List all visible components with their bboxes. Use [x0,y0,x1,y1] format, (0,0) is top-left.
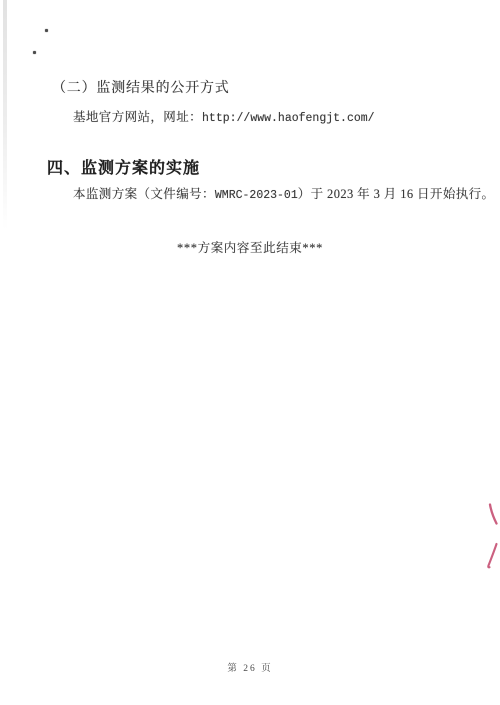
section-heading-implementation: 四、监测方案的实施 [47,155,200,178]
paragraph-implementation: 本监测方案（文件编号：WMRC-2023-01）于 2023 年 3 月 16 … [73,184,494,202]
implementation-file-code: WMRC-2023-01 [215,189,298,202]
document-page: （二）监测结果的公开方式 基地官方网站，网址：http://www.haofen… [0,0,500,705]
paragraph-website: 基地官方网站，网址：http://www.haofengjt.com/ [73,107,375,125]
red-pen-stroke-top-icon [490,505,497,524]
implementation-text-suffix: ）于 2023 年 3 月 16 日开始执行。 [298,187,495,201]
page-number: 第 26 页 [0,660,500,674]
red-pen-stroke-bottom-icon [488,544,496,567]
section-heading-public-method: （二）监测结果的公开方式 [52,77,230,97]
scan-edge-shadow [3,0,7,230]
scan-speck [45,29,48,32]
red-pen-marks [0,0,500,705]
end-of-content-marker: ***方案内容至此结束*** [0,238,500,256]
website-label: 基地官方网站，网址： [73,110,202,124]
implementation-text-prefix: 本监测方案（文件编号： [73,187,215,201]
website-url: http://www.haofengjt.com/ [202,112,375,125]
scan-speck [33,51,36,54]
